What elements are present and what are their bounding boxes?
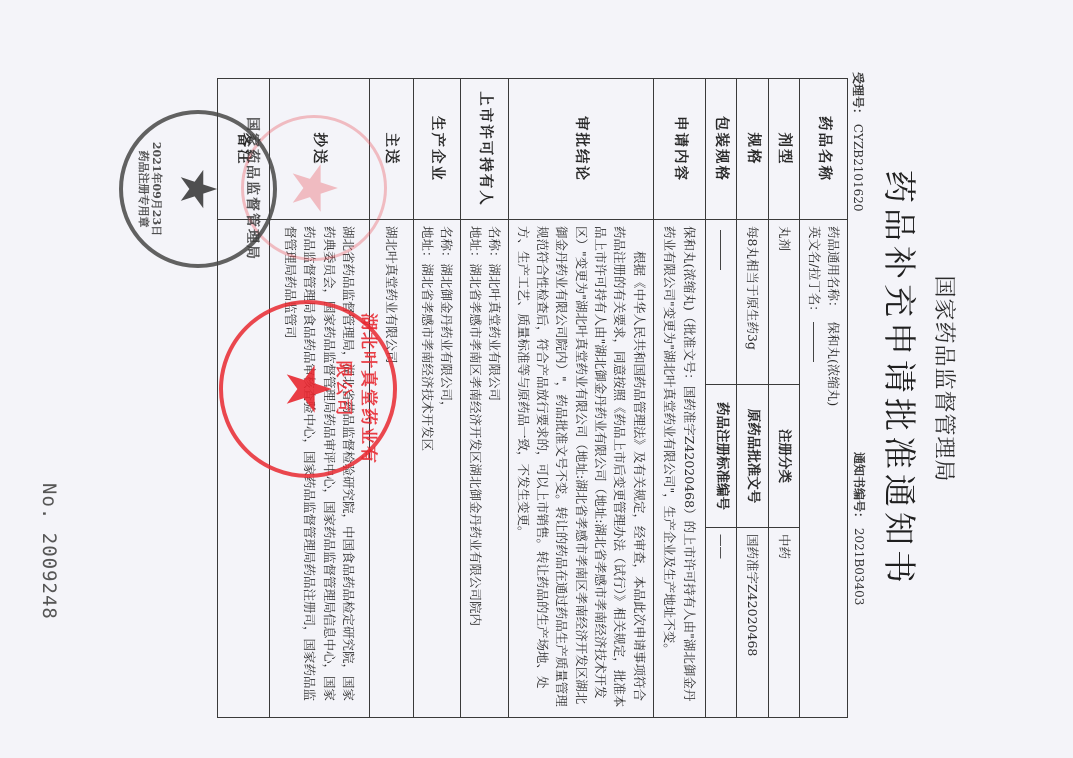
agency-seal: 国家药品监督管理局 ★ 2021年09月23日 药品注册专用章 [119, 110, 277, 268]
document-title: 药品补充申请批准通知书 [878, 0, 925, 758]
holder-address-value: 湖北省孝感市孝南区孝南经济开发区湖北御金丹药业有限公司院内 [468, 264, 483, 627]
acceptance-number-value: CYZB2101620 [851, 124, 865, 212]
manufacturer-name-value: 湖北御金丹药业有限公司， [439, 264, 454, 414]
row-conclusion: 审批结论 根据《中华人民共和国药品管理法》及有关规定，经审查，本品此次申请事项符… [509, 79, 654, 718]
manufacturer-address-value: 湖北省孝感市孝南经济技术开发区 [420, 264, 435, 452]
acceptance-number-label: 受理号： [851, 72, 865, 120]
spec-label: 规格 [737, 79, 768, 220]
row-dosage-form: 剂型 丸剂 注册分类 中药 [768, 79, 799, 718]
agency-seal-date: 2021年09月23日 [150, 114, 163, 264]
package-empty-dash [720, 230, 721, 270]
application-content: 保和丸(浓缩丸)（批准文号：国药准字Z42020468）的上市许可持有人由"湖北… [653, 220, 705, 718]
star-icon: ★ [277, 361, 339, 417]
standard-no-value: —— [705, 528, 736, 718]
approval-notice-page: 国家药品监督管理局 药品补充申请批准通知书 受理号： CYZB2101620 通… [0, 0, 1073, 758]
manufacturer-name-label: 名称： [439, 226, 454, 264]
generic-name-label: 药品通用名称： [826, 226, 841, 314]
star-icon: ★ [283, 160, 345, 216]
row-drug-name: 药品名称 药品通用名称： 保和丸(浓缩丸) 英文名/拉丁名： [800, 79, 848, 718]
holder-address-label: 地址： [468, 226, 483, 264]
conclusion-text: 根据《中华人民共和国药品管理法》及有关规定，经审查，本品此次申请事项符合药品注册… [509, 220, 654, 718]
company-seal: 湖北叶真堂药业有限公司 ★ [219, 300, 397, 478]
agency-seal-date-block: 2021年09月23日 药品注册专用章 [137, 114, 163, 264]
row-manufacturer: 生产企业 名称：湖北御金丹药业有限公司， 地址：湖北省孝感市孝南经济技术开发区 [413, 79, 461, 718]
acceptance-number: 受理号： CYZB2101620 [850, 72, 867, 212]
standard-no-label: 药品注册标准编号 [705, 385, 736, 528]
original-approval-label: 原药品批准文号 [737, 385, 768, 528]
english-name-empty-dash [813, 322, 814, 362]
agency-seal-text: 国家药品监督管理局 [243, 114, 263, 264]
package-value [705, 220, 736, 385]
manufacturer-address-label: 地址： [420, 226, 435, 264]
serial-number: No. 2009248 [38, 483, 60, 620]
notice-number-value: 2021B03403 [852, 528, 866, 606]
package-label: 包装规格 [705, 79, 736, 220]
row-package: 包装规格 药品注册标准编号 —— [705, 79, 736, 718]
registration-class-label: 注册分类 [768, 385, 799, 528]
generic-name-value: 保和丸(浓缩丸) [826, 321, 841, 406]
notice-number: 通知书编号： 2021B03403 [851, 452, 868, 605]
dosage-form-label: 剂型 [768, 79, 799, 220]
holder-name-label: 名称： [487, 226, 502, 264]
holder-label: 上市许可持有人 [461, 79, 509, 220]
notice-number-label: 通知书编号： [852, 452, 866, 524]
holder-cell: 名称：湖北叶真堂药业有限公司 地址：湖北省孝感市孝南区孝南经济开发区湖北御金丹药… [461, 220, 509, 718]
spec-value: 每8丸相当于原生药3g [737, 220, 768, 385]
application-label: 申请内容 [653, 79, 705, 220]
remarks-value [217, 220, 269, 718]
star-icon: ★ [173, 167, 223, 212]
english-name-label: 英文名/拉丁名： [807, 226, 822, 318]
agency-seal-subtitle: 药品注册专用章 [137, 114, 150, 264]
manufacturer-label: 生产企业 [413, 79, 461, 220]
row-holder: 上市许可持有人 名称：湖北叶真堂药业有限公司 地址：湖北省孝感市孝南区孝南经济开… [461, 79, 509, 718]
drug-name-cell: 药品通用名称： 保和丸(浓缩丸) 英文名/拉丁名： [800, 220, 848, 718]
row-spec: 规格 每8丸相当于原生药3g 原药品批准文号 国药准字Z42020468 [737, 79, 768, 718]
dosage-form-value: 丸剂 [768, 220, 799, 385]
row-application: 申请内容 保和丸(浓缩丸)（批准文号：国药准字Z42020468）的上市许可持有… [653, 79, 705, 718]
conclusion-label: 审批结论 [509, 79, 654, 220]
holder-name-value: 湖北叶真堂药业有限公司 [487, 264, 502, 402]
manufacturer-cell: 名称：湖北御金丹药业有限公司， 地址：湖北省孝感市孝南经济技术开发区 [413, 220, 461, 718]
registration-class-value: 中药 [768, 528, 799, 718]
original-approval-value: 国药准字Z42020468 [737, 528, 768, 718]
issuing-agency: 国家药品监督管理局 [930, 0, 961, 758]
company-seal-text: 湖北叶真堂药业有限公司 [333, 304, 383, 474]
drug-name-label: 药品名称 [800, 79, 848, 220]
